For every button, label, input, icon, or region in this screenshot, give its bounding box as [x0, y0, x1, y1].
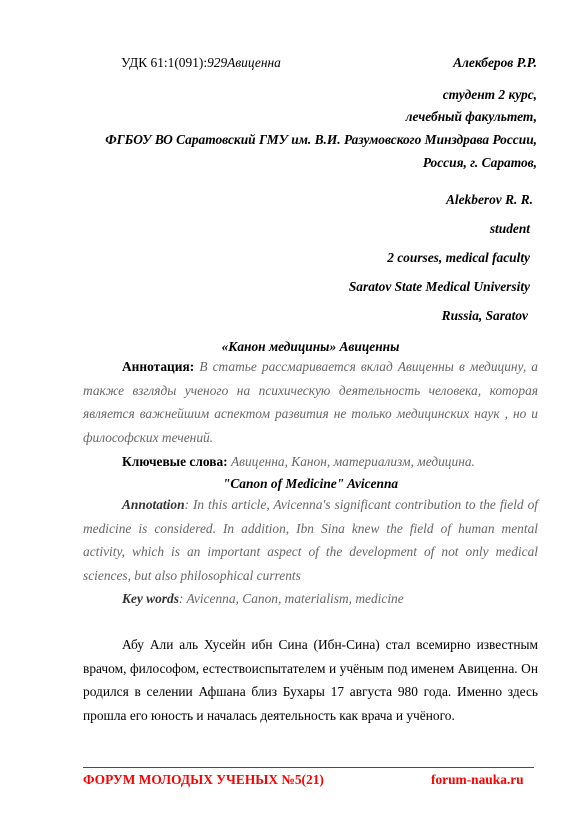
keywords-ru: Ключевые слова: Авиценна, Канон, материа…: [122, 454, 475, 470]
udk-prefix: УДК 61:1(091):: [121, 55, 207, 70]
faculty-ru: лечебный факультет,: [406, 109, 537, 125]
author-ru: Алекберов Р.Р.: [453, 55, 537, 71]
document-page: УДК 61:1(091):929Авиценна Алекберов Р.Р.…: [0, 0, 580, 820]
university-en: Saratov State Medical University: [349, 279, 530, 295]
keywords-en: Key words: Avicenna, Canon, materialism,…: [122, 591, 404, 607]
abstract-en: Annotation: In this article, Avicenna's …: [83, 493, 538, 587]
status-ru: студент 2 курс,: [443, 87, 537, 103]
keywords-en-label: Key words: [122, 591, 179, 606]
udk-code: УДК 61:1(091):929Авиценна: [121, 55, 281, 71]
faculty-en: 2 courses, medical faculty: [387, 250, 530, 266]
title-en: "Canon of Medicine" Avicenna: [83, 476, 538, 492]
university-ru: ФГБОУ ВО Саратовский ГМУ им. В.И. Разумо…: [105, 132, 537, 148]
abstract-en-label: Annotation: [122, 497, 185, 512]
footer-journal: ФОРУМ МОЛОДЫХ УЧЕНЫХ №5(21): [83, 772, 324, 788]
author-en: Alekberov R. R.: [446, 192, 533, 208]
status-en: student: [490, 221, 530, 237]
location-en: Russia, Saratov: [442, 308, 528, 324]
location-ru: Россия, г. Саратов,: [423, 155, 537, 171]
keywords-ru-text: Авиценна, Канон, материализм, медицина.: [228, 454, 475, 469]
abstract-ru: Аннотация: В статье рассмаривается вклад…: [83, 355, 538, 449]
abstract-ru-label: Аннотация:: [122, 359, 194, 374]
footer-divider: [83, 767, 534, 768]
keywords-ru-label: Ключевые слова:: [122, 454, 228, 469]
footer-site-link[interactable]: forum-nauka.ru: [431, 772, 524, 788]
udk-subject: 929Авиценна: [207, 55, 281, 70]
body-paragraph: Абу Али аль Хусейн ибн Сина (Ибн-Сина) с…: [83, 633, 538, 727]
keywords-en-text: : Avicenna, Canon, materialism, medicine: [179, 591, 404, 606]
title-ru: «Канон медицины» Авиценны: [83, 339, 538, 355]
